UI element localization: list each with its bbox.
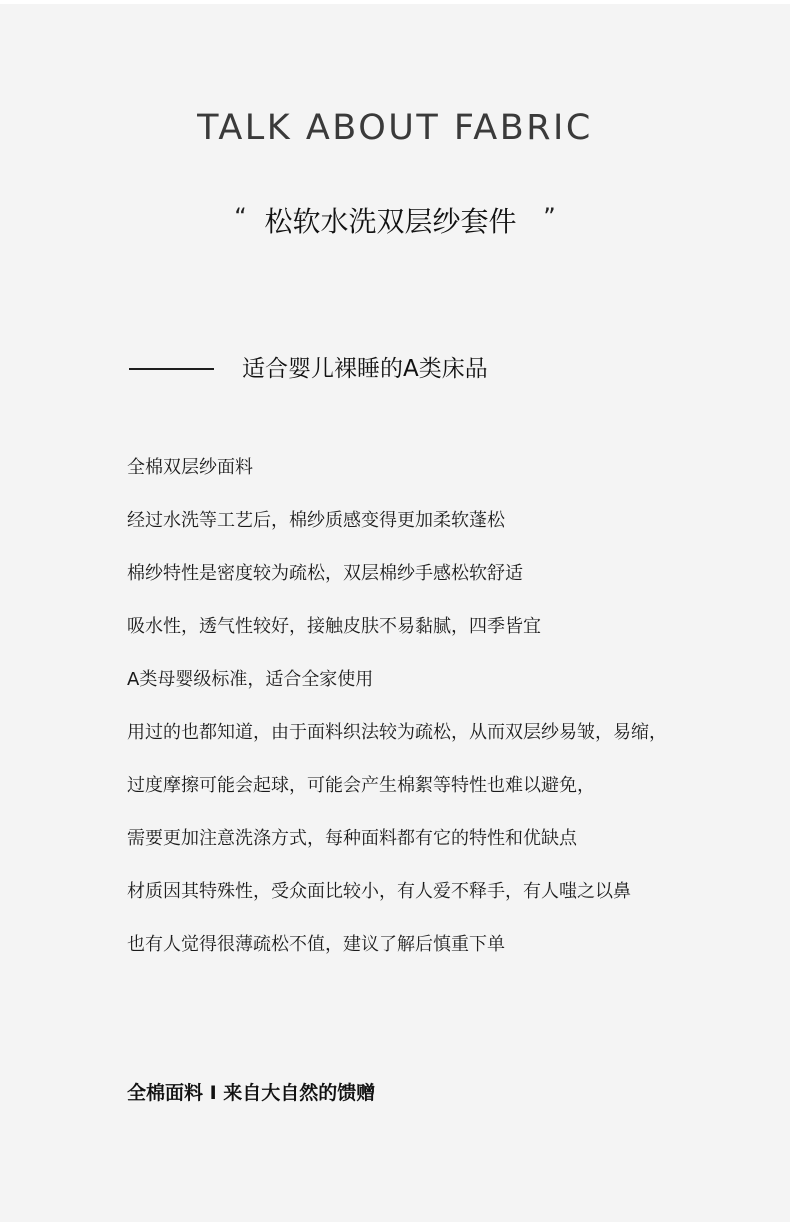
decorative-rule — [129, 368, 214, 370]
open-quote-mark: “ — [234, 202, 246, 232]
description-line: 经过水洗等工艺后，棉纱质感变得更加柔软蓬松 — [127, 508, 747, 561]
description-line: 棉纱特性是密度较为疏松，双层棉纱手感松软舒适 — [127, 561, 747, 614]
section-subheading: 适合婴儿裸睡的A类床品 — [129, 349, 488, 389]
close-quote-mark: ” — [543, 202, 555, 232]
description-line: 用过的也都知道，由于面料织法较为疏松，从而双层纱易皱，易缩， — [127, 720, 747, 773]
description-lines: 全棉双层纱面料 经过水洗等工艺后，棉纱质感变得更加柔软蓬松 棉纱特性是密度较为疏… — [127, 455, 747, 985]
description-line: 全棉双层纱面料 — [127, 455, 747, 508]
eyebrow-heading: TALK ABOUT FABRIC — [0, 108, 790, 148]
description-line: 需要更加注意洗涤方式，每种面料都有它的特性和优缺点 — [127, 826, 747, 879]
subheading-text: 适合婴儿裸睡的A类床品 — [242, 349, 488, 389]
product-title-text: 松软水洗双层纱套件 — [265, 205, 517, 238]
description-line: 吸水性，透气性较好，接触皮肤不易黏腻，四季皆宜 — [127, 614, 747, 667]
description-line: 过度摩擦可能会起球，可能会产生棉絮等特性也难以避免， — [127, 773, 747, 826]
fabric-description-panel: TALK ABOUT FABRIC “ 松软水洗双层纱套件 ” 适合婴儿裸睡的A… — [0, 4, 790, 1222]
product-title: “ 松软水洗双层纱套件 ” — [0, 202, 790, 242]
description-line: 材质因其特殊性，受众面比较小，有人爱不释手，有人嗤之以鼻 — [127, 879, 747, 932]
footer-heading: 全棉面料 I 来自大自然的馈赠 — [127, 1079, 375, 1107]
description-line: A类母婴级标准，适合全家使用 — [127, 667, 747, 720]
description-line: 也有人觉得很薄疏松不值，建议了解后慎重下单 — [127, 932, 747, 985]
